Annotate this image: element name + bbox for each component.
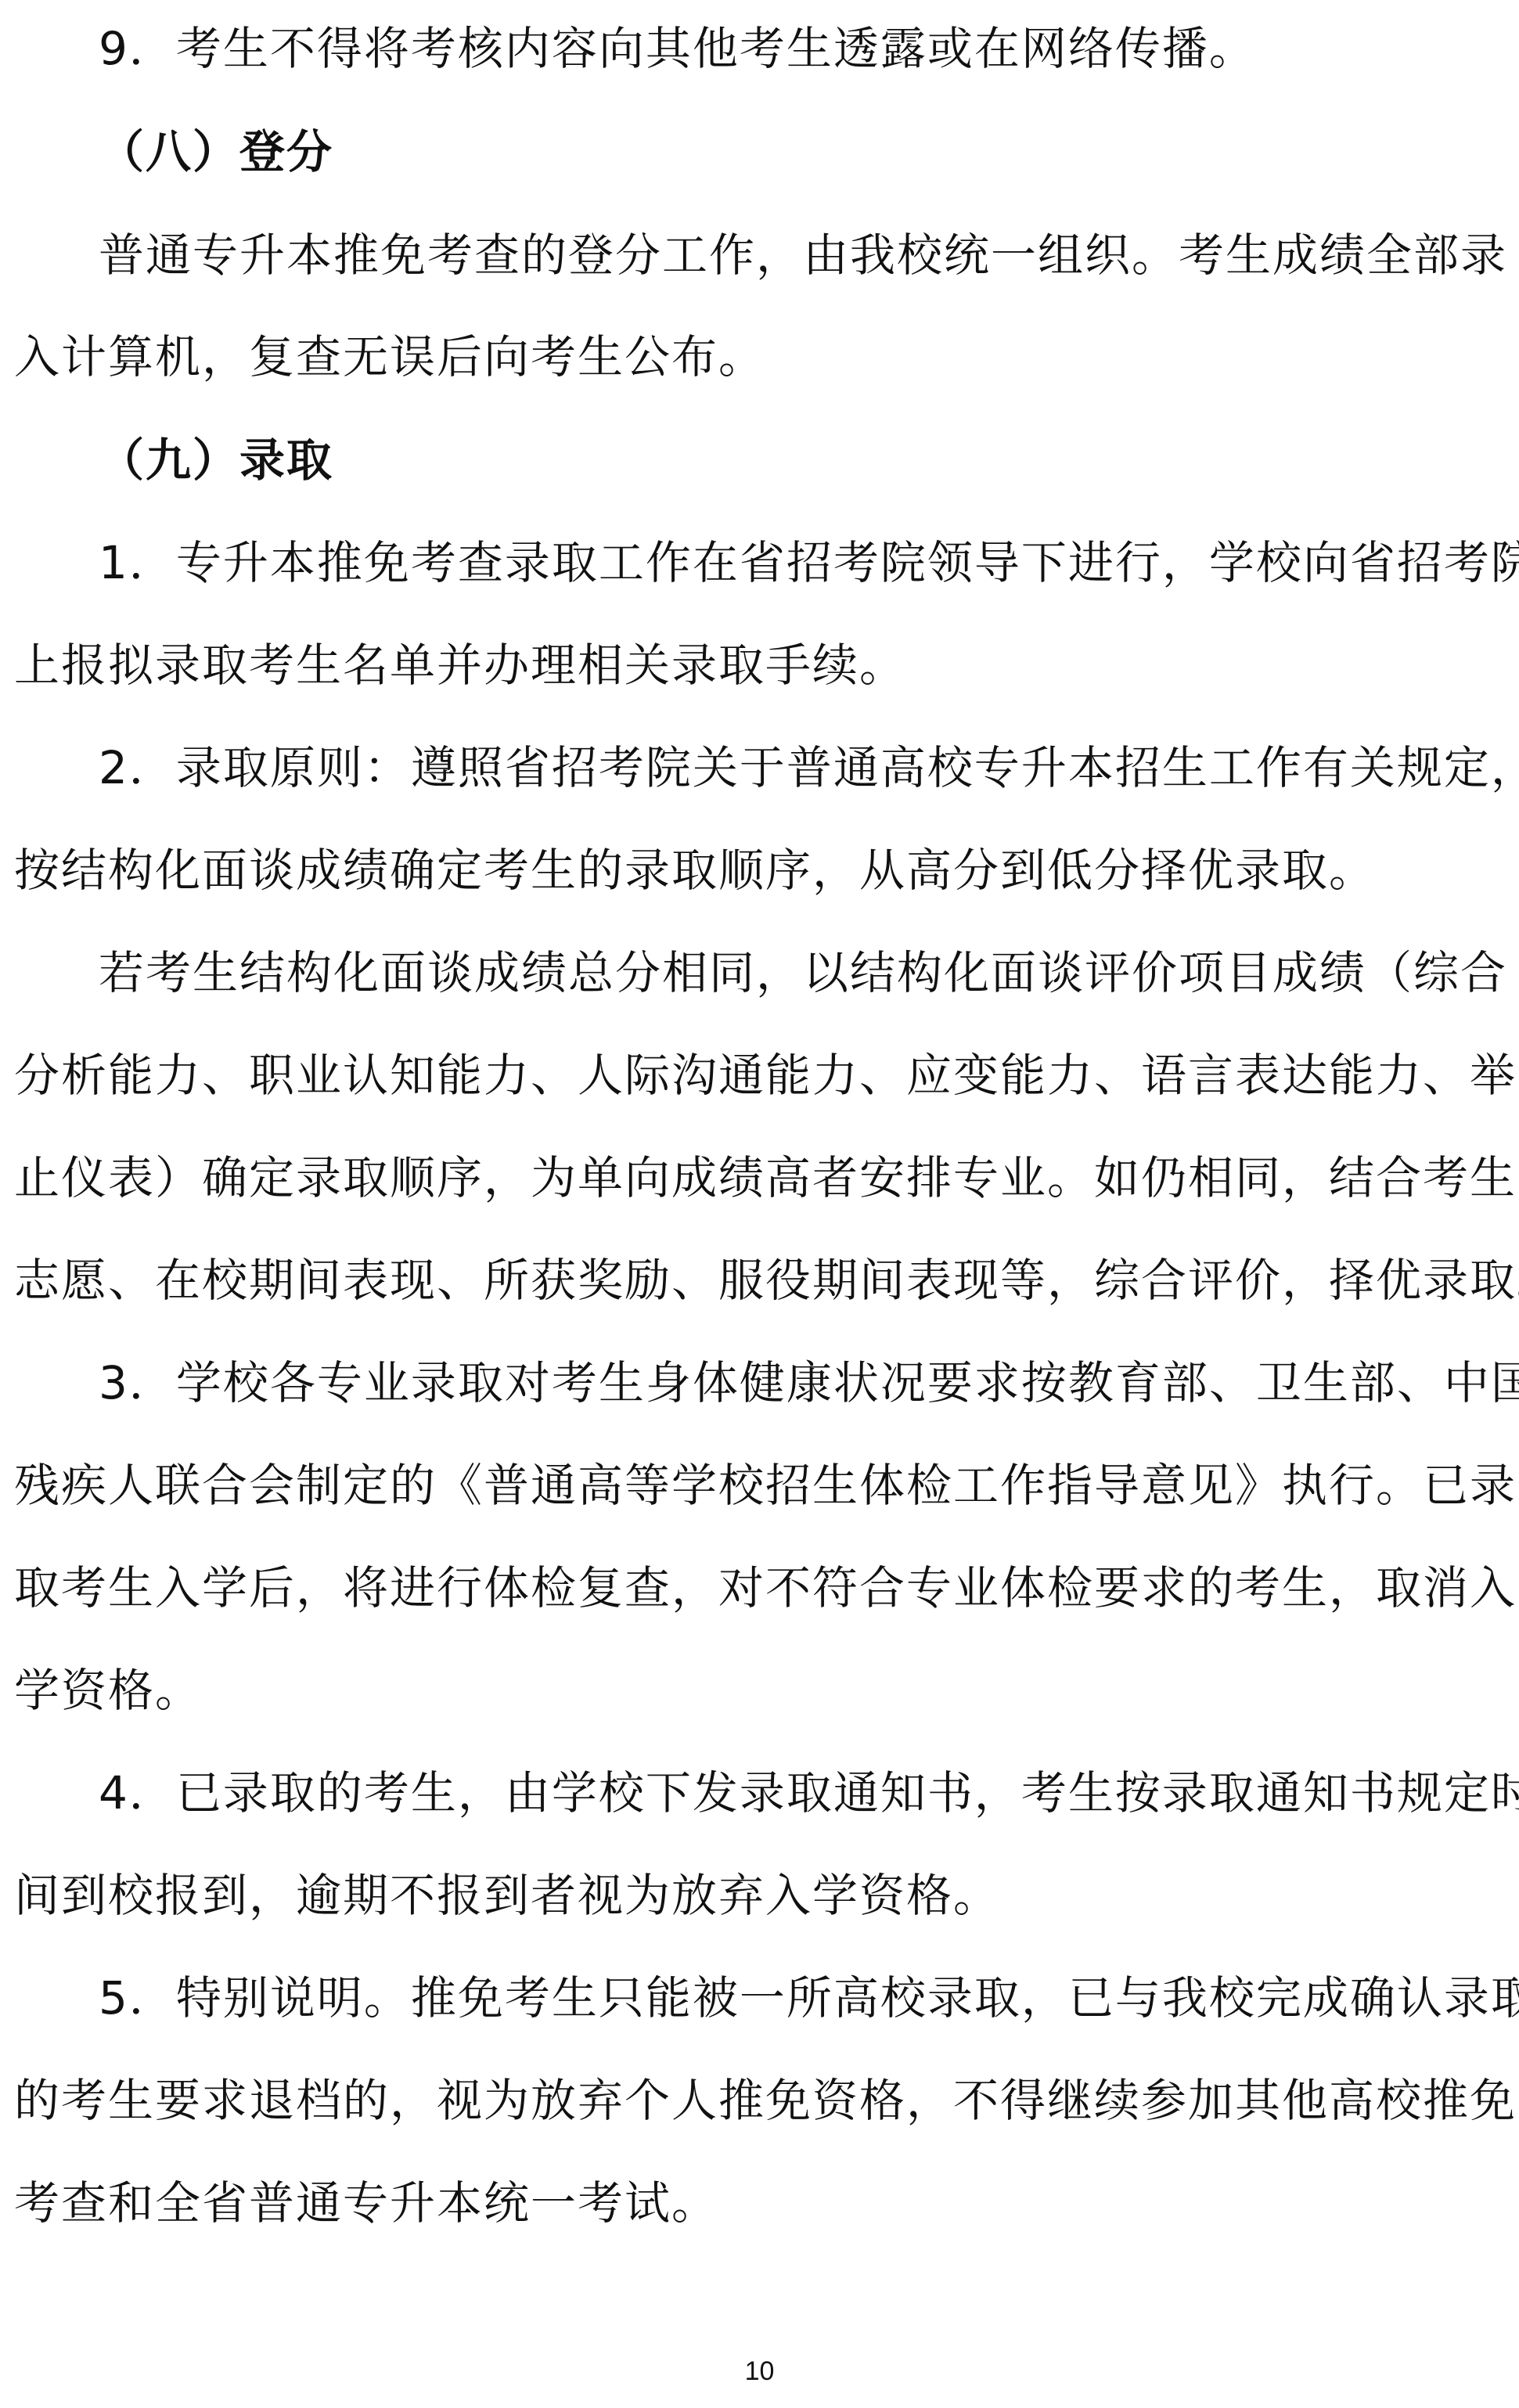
paragraph-line: 分析能力、职业认知能力、人际沟通能力、应变能力、语言表达能力、举: [14, 1047, 1505, 1103]
page-number: 10: [0, 2356, 1519, 2387]
paragraph-line: 学资格。: [14, 1662, 1505, 1719]
paragraph-line: 2．录取原则：遵照省招考院关于普通高校专升本招生工作有关规定，: [99, 740, 1505, 796]
paragraph-line: 的考生要求退档的，视为放弃个人推免资格，不得继续参加其他高校推免: [14, 2072, 1505, 2129]
paragraph-line: 1．专升本推免考查录取工作在省招考院领导下进行，学校向省招考院: [99, 535, 1505, 591]
paragraph-line: 间到校报到，逾期不报到者视为放弃入学资格。: [14, 1867, 1505, 1924]
paragraph-line: 9．考生不得将考核内容向其他考生透露或在网络传播。: [99, 20, 1505, 77]
paragraph-line: 若考生结构化面谈成绩总分相同，以结构化面谈评价项目成绩（综合: [99, 945, 1505, 1001]
paragraph-line: 考查和全省普通专升本统一考试。: [14, 2175, 1505, 2231]
paragraph-line: 4．已录取的考生，由学校下发录取通知书，考生按录取通知书规定时: [99, 1765, 1505, 1821]
section-heading: （八）登分: [99, 124, 1505, 180]
document-page: 9．考生不得将考核内容向其他考生透露或在网络传播。（八）登分普通专升本推免考查的…: [0, 0, 1519, 2408]
paragraph-line: 3．学校各专业录取对考生身体健康状况要求按教育部、卫生部、中国: [99, 1355, 1505, 1411]
paragraph-line: 普通专升本推免考查的登分工作，由我校统一组织。考生成绩全部录: [99, 227, 1505, 283]
paragraph-line: 残疾人联合会制定的《普通高等学校招生体检工作指导意见》执行。已录: [14, 1457, 1505, 1514]
paragraph-line: 5．特别说明。推免考生只能被一所高校录取，已与我校完成确认录取: [99, 1970, 1505, 2026]
paragraph-line: 止仪表）确定录取顺序，为单向成绩高者安排专业。如仍相同，结合考生: [14, 1150, 1505, 1206]
paragraph-line: 志愿、在校期间表现、所获奖励、服役期间表现等，综合评价，择优录取。: [14, 1252, 1505, 1308]
paragraph-line: 取考生入学后，将进行体检复查，对不符合专业体检要求的考生，取消入: [14, 1560, 1505, 1616]
section-heading: （九）录取: [99, 432, 1505, 488]
paragraph-line: 上报拟录取考生名单并办理相关录取手续。: [14, 637, 1505, 693]
paragraph-line: 入计算机，复查无误后向考生公布。: [14, 329, 1505, 385]
paragraph-line: 按结构化面谈成绩确定考生的录取顺序，从高分到低分择优录取。: [14, 842, 1505, 898]
